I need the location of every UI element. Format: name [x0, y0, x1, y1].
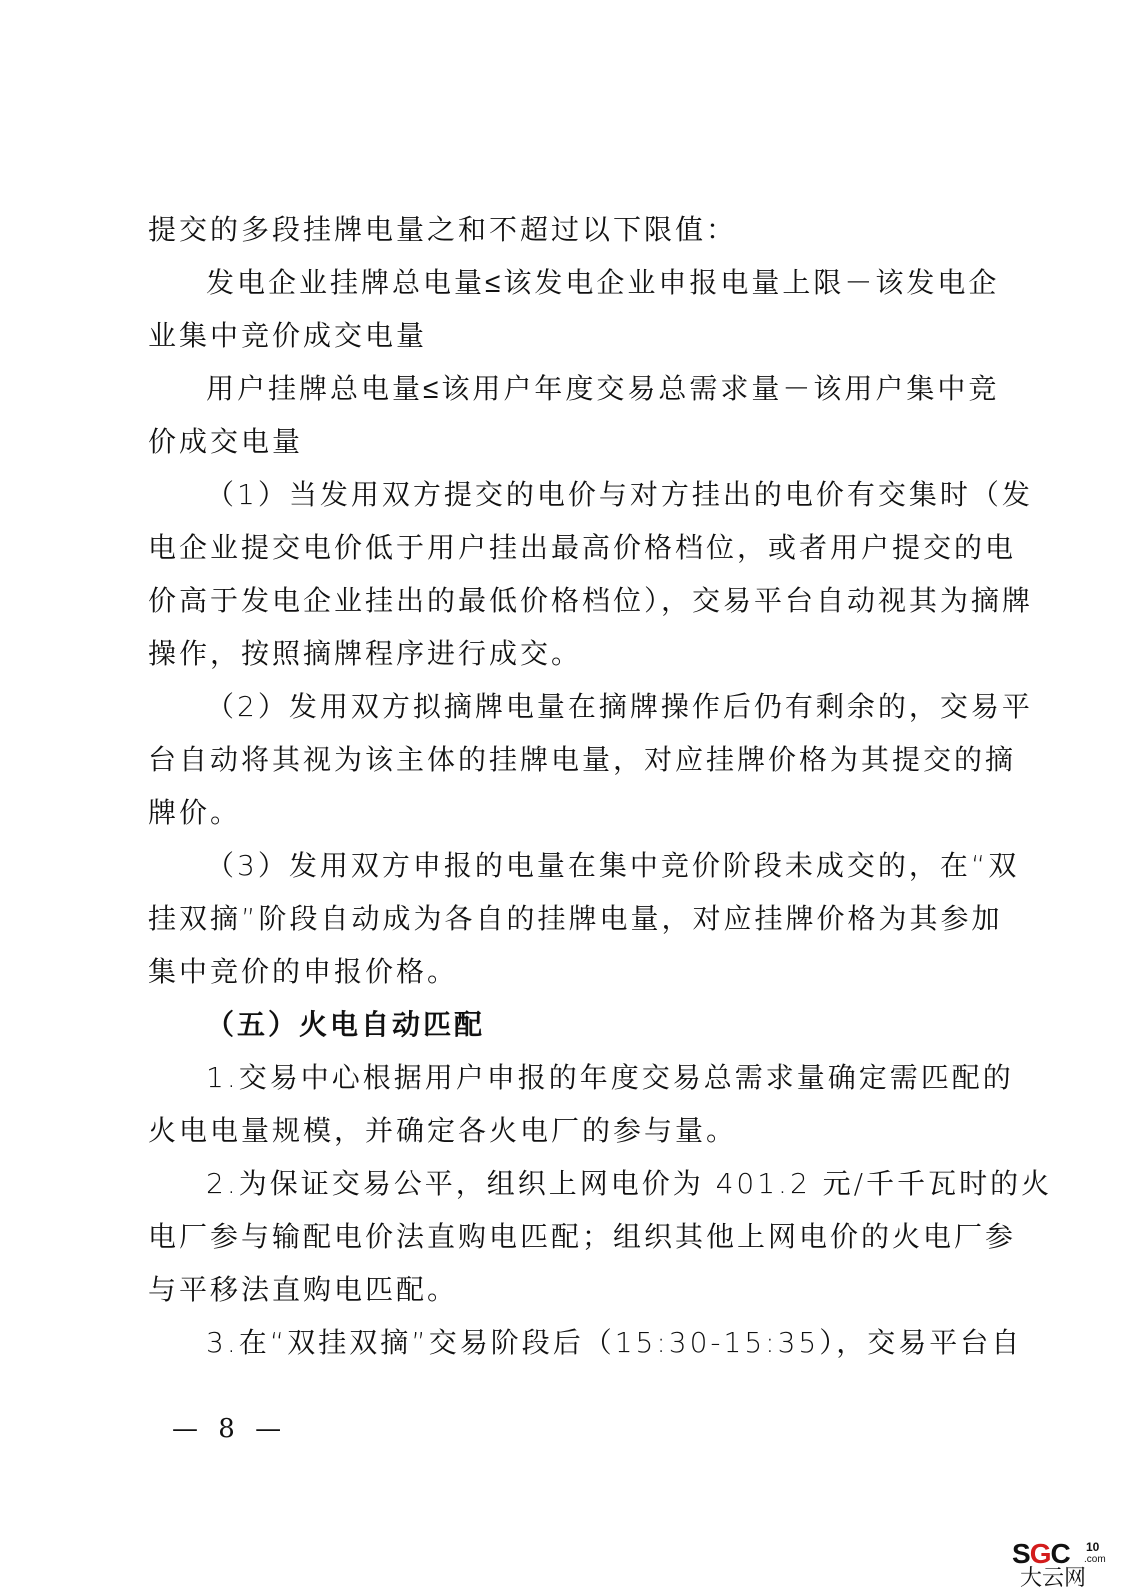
page-number: — 8 —	[172, 1414, 287, 1444]
text-line: 用户挂牌总电量≤该用户年度交易总需求量－该用户集中竞	[148, 362, 978, 415]
text-line: 牌价。	[148, 786, 978, 839]
brand-letter: S	[1012, 1538, 1030, 1569]
watermark-domain: .com	[1084, 1554, 1106, 1565]
text-line: 提交的多段挂牌电量之和不超过以下限值：	[148, 203, 978, 256]
text-line: 电企业提交电价低于用户挂出最高价格档位，或者用户提交的电	[148, 521, 978, 574]
text-line: 1.交易中心根据用户申报的年度交易总需求量确定需匹配的	[148, 1051, 978, 1104]
text-line: 业集中竞价成交电量	[148, 309, 978, 362]
text-line: （3）发用双方申报的电量在集中竞价阶段未成交的，在“双	[148, 839, 978, 892]
watermark-superscript: 10	[1086, 1540, 1099, 1554]
text-line: （2）发用双方拟摘牌电量在摘牌操作后仍有剩余的，交易平	[148, 680, 978, 733]
text-line: 2.为保证交易公平，组织上网电价为 401.2 元/千千瓦时的火	[148, 1157, 978, 1210]
text-line: 集中竞价的申报价格。	[148, 945, 978, 998]
text-line: 台自动将其视为该主体的挂牌电量，对应挂牌价格为其提交的摘	[148, 733, 978, 786]
watermark-logo: SGC 10 .com 大云网	[1012, 1540, 1122, 1594]
text-line: 挂双摘”阶段自动成为各自的挂牌电量，对应挂牌价格为其参加	[148, 892, 978, 945]
text-line: 操作，按照摘牌程序进行成交。	[148, 627, 978, 680]
text-line: 与平移法直购电匹配。	[148, 1263, 978, 1316]
text-line: 价高于发电企业挂出的最低价格档位），交易平台自动视其为摘牌	[148, 574, 978, 627]
watermark-chinese-name: 大云网	[1020, 1567, 1086, 1591]
section-heading: （五）火电自动匹配	[148, 998, 978, 1051]
brand-letter: C	[1050, 1538, 1069, 1569]
text-line: 电厂参与输配电价法直购电匹配；组织其他上网电价的火电厂参	[148, 1210, 978, 1263]
text-line: （1）当发用双方提交的电价与对方挂出的电价有交集时（发	[148, 468, 978, 521]
text-line: 价成交电量	[148, 415, 978, 468]
watermark-brand: SGC	[1012, 1540, 1070, 1568]
text-line: 3.在“双挂双摘”交易阶段后（15:30-15:35），交易平台自	[148, 1316, 978, 1369]
document-body: 提交的多段挂牌电量之和不超过以下限值： 发电企业挂牌总电量≤该发电企业申报电量上…	[148, 203, 978, 1369]
brand-letter-accent: G	[1030, 1538, 1051, 1569]
text-line: 发电企业挂牌总电量≤该发电企业申报电量上限－该发电企	[148, 256, 978, 309]
text-line: 火电电量规模，并确定各火电厂的参与量。	[148, 1104, 978, 1157]
